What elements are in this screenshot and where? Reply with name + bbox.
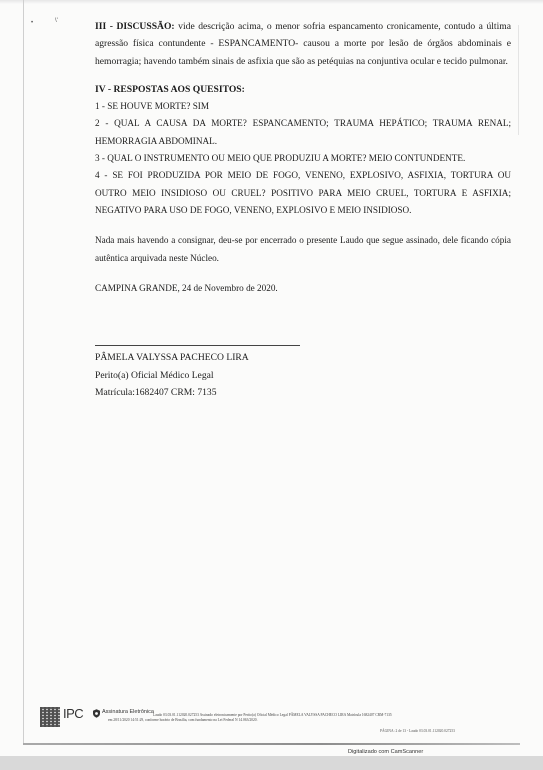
margin-mark: \' (55, 18, 58, 24)
answer-item: 4 - SE FOI PRODUZIDA POR MEIO DE FOGO, V… (95, 167, 511, 219)
document-body: III - DISCUSSÃO: vide descrição acima, o… (95, 18, 511, 402)
closing-paragraph: Nada mais havendo a consignar, deu-se po… (95, 232, 511, 267)
answer-item: 2 - QUAL A CAUSA DA MORTE? ESPANCAMENTO;… (95, 115, 511, 150)
signature-line (95, 345, 300, 346)
signature-detail-line-2: em 28/11/2020 14:51:29, conforme horário… (108, 718, 257, 723)
answer-item: 1 - SE HOUVE MORTE? SIM (95, 98, 511, 115)
e-signature-label: Assinatura Eletrônica (102, 709, 154, 715)
page-top-shadow (0, 0, 543, 4)
qr-code-icon (40, 707, 60, 727)
scanner-watermark: Digitalizado com CamScanner (348, 749, 423, 755)
signer-name: PÂMELA VALYSSA PACHECO LIRA (95, 349, 511, 367)
answers-heading: IV - RESPOSTAS AOS QUESITOS: (95, 81, 511, 98)
page-border-bottom (23, 743, 520, 745)
shield-icon (93, 709, 100, 718)
scanned-page: • \' III - DISCUSSÃO: vide descrição aci… (0, 0, 543, 756)
signer-role: Perito(a) Oficial Médico Legal (95, 367, 511, 385)
ipc-logo: IPC (63, 706, 83, 721)
discussion-heading: III - DISCUSSÃO: (95, 21, 175, 32)
page-border-left (23, 0, 24, 744)
margin-mark: • (31, 20, 33, 26)
page-border-right (518, 25, 519, 135)
signature-block: PÂMELA VALYSSA PACHECO LIRA Perito(a) Of… (95, 349, 511, 402)
place-date: CAMPINA GRANDE, 24 de Novembro de 2020. (95, 280, 511, 297)
page-info: PÁGINA: 2 de 13 - Laudo 03.03.01.112020.… (380, 729, 455, 733)
answer-item: 3 - QUAL O INSTRUMENTO OU MEIO QUE PRODU… (95, 150, 511, 167)
electronic-signature-footer: IPC Assinatura Eletrônica Laudo 03.03.01… (40, 706, 520, 740)
signer-registration: Matrícula:1682407 CRM: 7135 (95, 384, 511, 402)
discussion-paragraph: III - DISCUSSÃO: vide descrição acima, o… (95, 18, 511, 70)
